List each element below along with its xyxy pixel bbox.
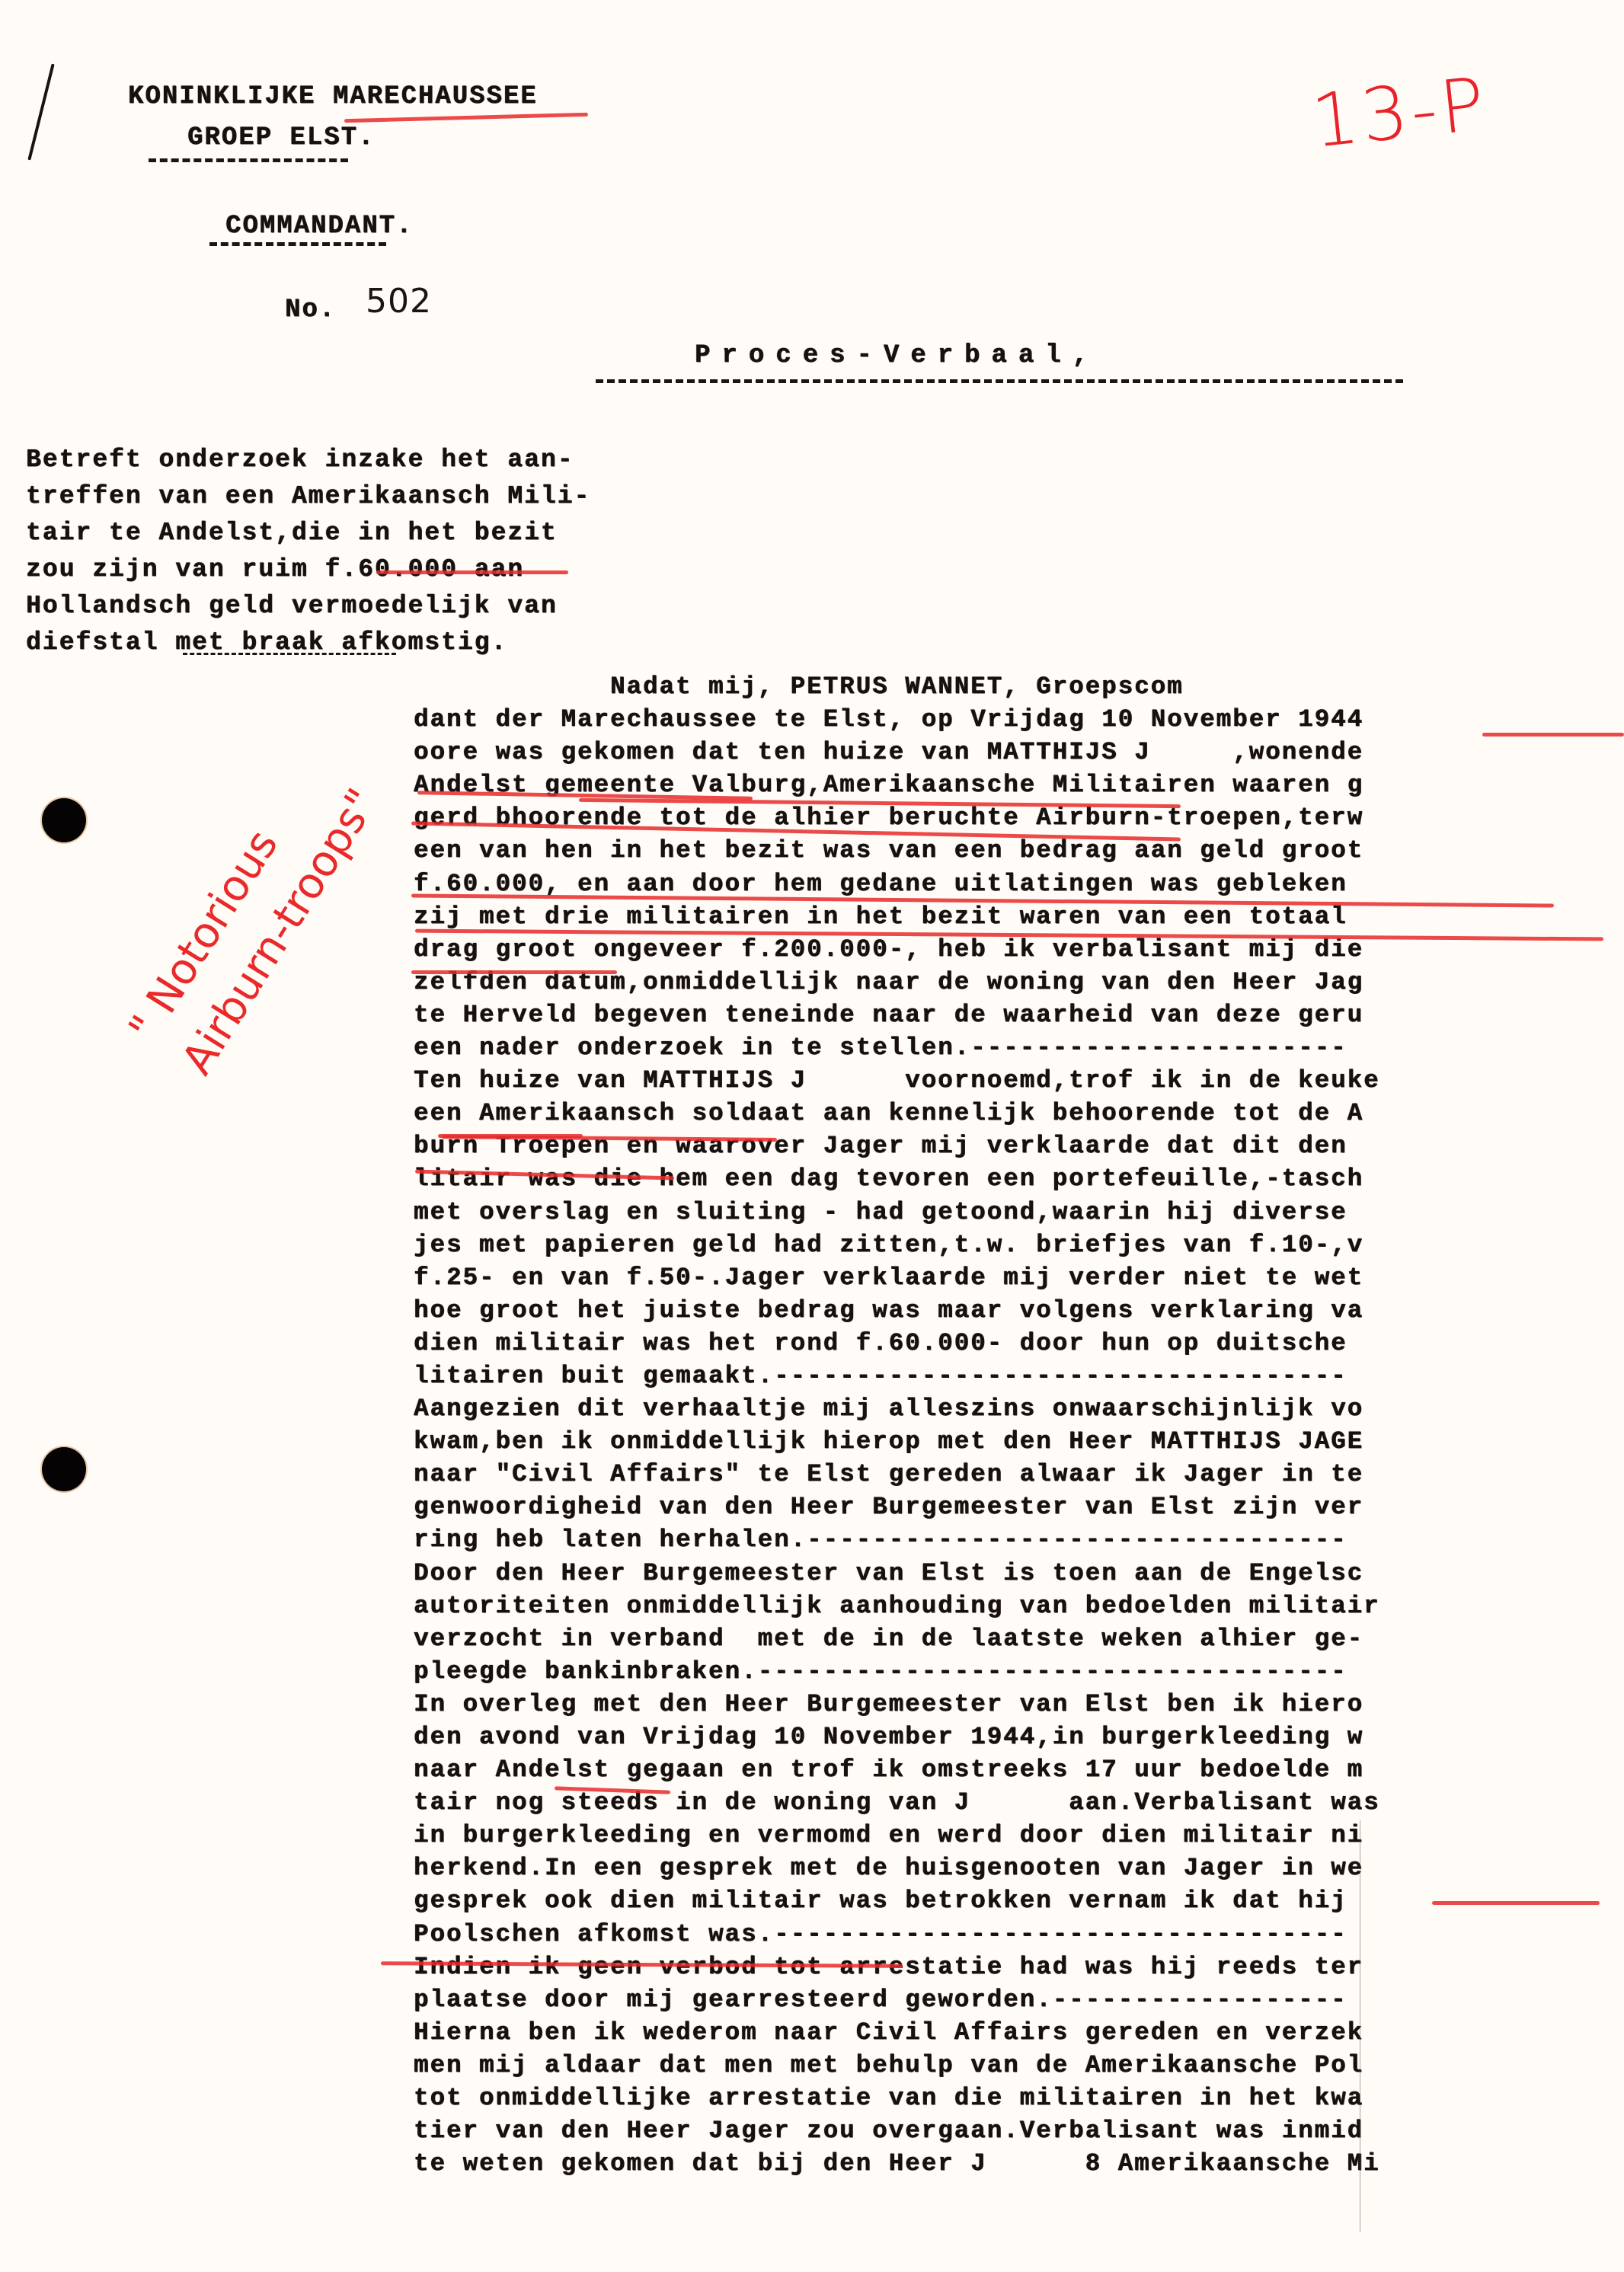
body-line: autoriteiten onmiddellijk aanhouding van… bbox=[414, 1590, 1617, 1622]
body-line: hoe groot het juiste bedrag was maar vol… bbox=[414, 1294, 1617, 1327]
body-line: Hierna ben ik wederom naar Civil Affairs… bbox=[414, 2016, 1617, 2049]
body-line: tier van den Heer Jager zou overgaan.Ver… bbox=[414, 2114, 1617, 2147]
red-underline bbox=[411, 970, 617, 974]
red-underline bbox=[376, 570, 568, 574]
body-line: Door den Heer Burgemeester van Elst is t… bbox=[414, 1557, 1617, 1590]
body-line: met overslag en sluiting - had getoond,w… bbox=[414, 1196, 1617, 1229]
body-line: in burgerkleeding en vermomd en werd doo… bbox=[414, 1819, 1617, 1852]
body-line: jes met papieren geld had zitten,t.w. br… bbox=[414, 1229, 1617, 1261]
document-number-label: No. bbox=[285, 296, 336, 324]
body-line: plaatse door mij gearresteerd geworden.-… bbox=[414, 1983, 1617, 2016]
punch-hole bbox=[42, 798, 86, 842]
body-line: tot onmiddellijke arrestatie van die mil… bbox=[414, 2082, 1617, 2114]
margin-tick-mark bbox=[27, 63, 54, 160]
body-line: een nader onderzoek in te stellen.------… bbox=[414, 1031, 1617, 1064]
organization-group: GROEP ELST. bbox=[187, 123, 375, 152]
body-line: pleegde bankinbraken.-------------------… bbox=[414, 1655, 1617, 1688]
punch-hole bbox=[42, 1447, 86, 1491]
body-line: een Amerikaansch soldaat aan kennelijk b… bbox=[414, 1097, 1617, 1130]
subject-end-rule bbox=[183, 653, 396, 655]
subject-line: tair te Andelst,die in het bezit bbox=[26, 515, 590, 551]
body-line: verzocht in verband met de in de laatste… bbox=[414, 1622, 1617, 1655]
title-underline-rule bbox=[596, 379, 1403, 383]
body-line: Indien ik geen verbod tot arrestatie had… bbox=[414, 1951, 1617, 1983]
red-underline bbox=[1482, 733, 1624, 737]
body-line: litairen buit gemaakt.------------------… bbox=[414, 1360, 1617, 1392]
body-line: een van hen in het bezit was van een bed… bbox=[414, 834, 1617, 867]
underline-rule bbox=[149, 158, 348, 162]
organization-name: KONINKLIJKE MARECHAUSSEE bbox=[128, 82, 538, 111]
body-line: f.25- en van f.50-.Jager verklaarde mij … bbox=[414, 1261, 1617, 1294]
red-underline bbox=[1432, 1901, 1600, 1905]
body-line: dant der Marechaussee te Elst, op Vrijda… bbox=[414, 703, 1617, 736]
body-line: In overleg met den Heer Burgemeester van… bbox=[414, 1688, 1617, 1721]
body-line: oore was gekomen dat ten huize van MATTH… bbox=[414, 736, 1617, 769]
paper-fold-line bbox=[1360, 1820, 1360, 2232]
red-margin-note: " Notorious Airburn-troops" bbox=[114, 744, 393, 1087]
body-line: naar Andelst gegaan en trof ik omstreeks… bbox=[414, 1753, 1617, 1786]
red-file-mark: 13-P bbox=[1308, 61, 1491, 164]
subject-line: Hollandsch geld vermoedelijk van bbox=[26, 588, 590, 625]
body-line: genwoordigheid van den Heer Burgemeester… bbox=[414, 1491, 1617, 1523]
body-line: burn Troepen en waarover Jager mij verkl… bbox=[414, 1130, 1617, 1162]
body-line: Nadat mij, PETRUS WANNET, Groepscom bbox=[414, 670, 1617, 703]
body-line: den avond van Vrijdag 10 November 1944,i… bbox=[414, 1721, 1617, 1753]
document-title: Proces-Verbaal, bbox=[695, 341, 1099, 370]
body-line: te weten gekomen dat bij den Heer J 8 Am… bbox=[414, 2147, 1617, 2180]
body-line: herkend.In een gesprek met de huisgenoot… bbox=[414, 1852, 1617, 1884]
underline-rule bbox=[209, 242, 386, 246]
body-line: ring heb laten herhalen.----------------… bbox=[414, 1523, 1617, 1556]
body-line: naar "Civil Affairs" te Elst gereden alw… bbox=[414, 1458, 1617, 1491]
subject-line: treffen van een Amerikaansch Mili- bbox=[26, 478, 590, 515]
commander-heading: COMMANDANT. bbox=[225, 212, 413, 241]
subject-line: Betreft onderzoek inzake het aan- bbox=[26, 442, 590, 478]
body-line: te Herveld begeven teneinde naar de waar… bbox=[414, 999, 1617, 1031]
body-line: Poolschen afkomst was.------------------… bbox=[414, 1918, 1617, 1951]
red-underline bbox=[344, 113, 588, 123]
body-line: men mij aldaar dat men met behulp van de… bbox=[414, 2049, 1617, 2082]
document-number-handwritten: 502 bbox=[366, 282, 432, 321]
body-line: Aangezien dit verhaaltje mij alleszins o… bbox=[414, 1392, 1617, 1425]
body-line: Ten huize van MATTHIJS J voornoemd,trof … bbox=[414, 1064, 1617, 1097]
subject-block: Betreft onderzoek inzake het aan-treffen… bbox=[26, 442, 590, 661]
body-line: dien militair was het rond f.60.000- doo… bbox=[414, 1327, 1617, 1360]
body-line: kwam,ben ik onmiddellijk hierop met den … bbox=[414, 1425, 1617, 1458]
subject-line: zou zijn van ruim f.60.000 aan bbox=[26, 551, 590, 588]
subject-line: diefstal met braak afkomstig. bbox=[26, 625, 590, 661]
body-line: litair was die hem een dag tevoren een p… bbox=[414, 1162, 1617, 1195]
